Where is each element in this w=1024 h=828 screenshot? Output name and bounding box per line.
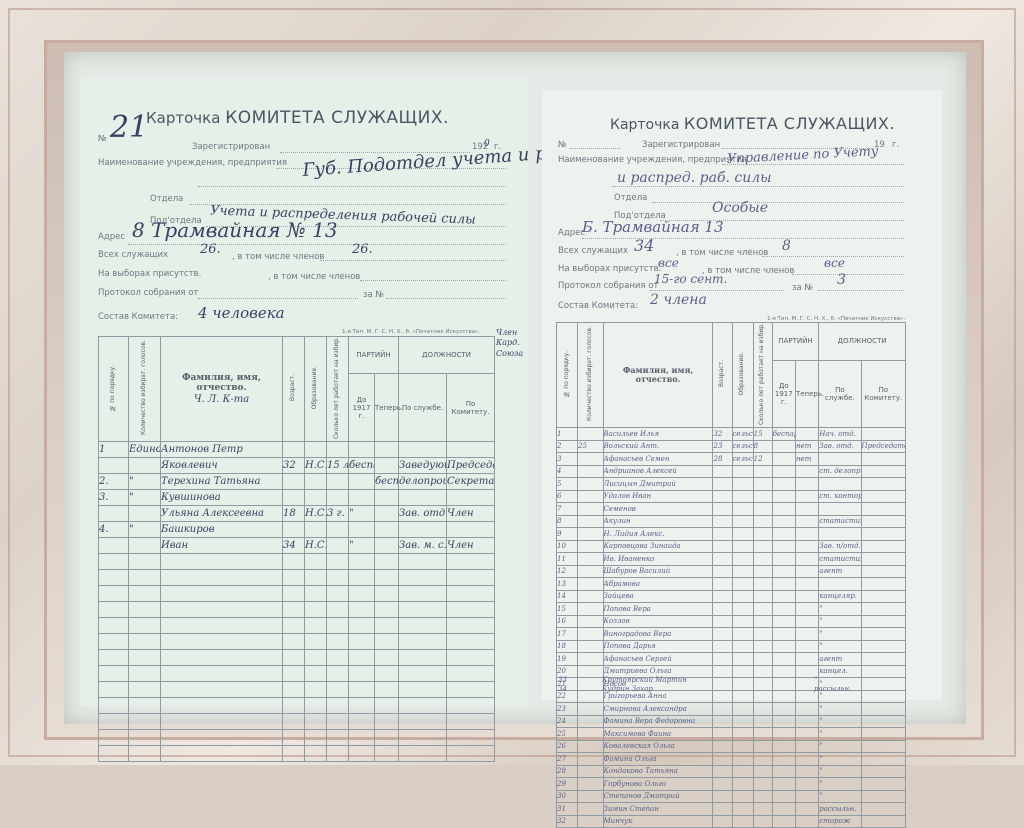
cell-years	[753, 753, 772, 765]
cell-service: "	[819, 615, 861, 628]
table-row: 4Андрианов Алексейст. делопр.	[557, 465, 906, 478]
cell-years	[753, 740, 772, 753]
present-members-line	[792, 274, 904, 275]
cell-service	[819, 578, 861, 591]
cell-committee	[861, 528, 905, 541]
cell-service: агент	[819, 653, 861, 666]
cell-before	[772, 740, 795, 753]
table-row-empty	[99, 730, 495, 746]
cell-age	[283, 522, 305, 538]
cell-age	[283, 474, 305, 490]
table-row: 7Семенов	[557, 503, 906, 516]
protocol-no-line	[386, 298, 506, 299]
cell-now	[375, 506, 399, 522]
cell-votes	[578, 603, 603, 616]
members-table: № по порядку. Количество избират. голосо…	[556, 322, 906, 765]
registered-label: Зарегистрирован	[642, 140, 720, 150]
cell-years	[753, 503, 772, 516]
cell-committee	[861, 565, 905, 578]
cell-years	[753, 578, 772, 591]
cell-name: Антонов Петр	[161, 442, 283, 458]
cell-years	[753, 478, 772, 491]
present-members-line	[360, 280, 506, 281]
title-prefix: Карточка	[610, 117, 679, 133]
cell-votes	[129, 458, 161, 474]
cell-now	[795, 590, 818, 603]
members-table: № по порядку. Количество избират. голосо…	[98, 336, 495, 762]
table-row-empty	[99, 698, 495, 714]
cell-committee	[861, 453, 905, 466]
cell-service: "	[819, 703, 861, 716]
cell-votes: Единогл.	[129, 442, 161, 458]
cell-edu	[732, 528, 753, 541]
cell-years	[753, 640, 772, 653]
present-value: все	[658, 256, 679, 270]
cell-years	[753, 553, 772, 566]
cell-before	[772, 503, 795, 516]
cell-name: Семенов	[603, 503, 713, 516]
committee-card-left: Карточка КОМИТЕТА СЛУЖАЩИХ. № 21 Зарегис…	[80, 78, 528, 706]
table-row: 2."Терехина Татьянабеспарт.делопроизв.Се…	[99, 474, 495, 490]
institution-value-line2: и распред. раб. силы	[617, 170, 772, 186]
cell-years	[327, 522, 349, 538]
year-suffix: г.	[892, 140, 899, 150]
table-row: 26Ковалевская Ольга"	[557, 740, 906, 753]
cell-edu	[732, 653, 753, 666]
cell-age	[713, 715, 732, 728]
cell-age	[713, 565, 732, 578]
cell-votes	[578, 503, 603, 516]
table-row: 27Фомина Ольга"	[557, 753, 906, 765]
cell-now	[795, 728, 818, 741]
cell-no: 9	[557, 528, 578, 541]
col-age: Возраст.	[713, 323, 732, 428]
cell-name: Башкиров	[161, 522, 283, 538]
cell-service	[399, 490, 447, 506]
cell-before	[349, 522, 375, 538]
cell-service	[819, 453, 861, 466]
cell-no: 10	[557, 540, 578, 553]
cell-edu	[732, 465, 753, 478]
cell-name: Ковалевская Ольга	[603, 740, 713, 753]
cell-edu	[305, 442, 327, 458]
cell-edu: Н.С.	[305, 458, 327, 474]
cell-now	[795, 715, 818, 728]
cell-before	[772, 590, 795, 603]
cell-service: делопроизв.	[399, 474, 447, 490]
cell-edu	[305, 474, 327, 490]
table-row-empty	[99, 618, 495, 634]
col-education: Образование.	[305, 337, 327, 442]
cell-name: Попова Вера	[603, 603, 713, 616]
col-pos-service: По службе.	[399, 374, 447, 442]
cell-votes	[129, 538, 161, 554]
col-party: ПАРТИЙН	[349, 337, 399, 374]
col-positions: ДОЛЖНОСТИ	[399, 337, 495, 374]
cell-before	[349, 442, 375, 458]
cell-votes	[578, 528, 603, 541]
table-row: 18Попова Дарья"	[557, 640, 906, 653]
cell-now: нет	[795, 440, 818, 453]
cell-years	[327, 442, 349, 458]
cell-service: Зав. п/отд.	[819, 540, 861, 553]
cell-no	[99, 538, 129, 554]
cell-age	[713, 465, 732, 478]
cell-committee: Председатель	[861, 440, 905, 453]
cell-edu: сельск.	[732, 428, 753, 441]
cell-votes	[578, 640, 603, 653]
cell-votes	[578, 590, 603, 603]
cell-before: беспартийн	[772, 428, 795, 441]
cell-age	[713, 490, 732, 503]
cell-service	[819, 503, 861, 516]
cell-name: Васильев Илья	[603, 428, 713, 441]
cell-years: 8	[753, 440, 772, 453]
present-label: На выборах присутств.	[98, 269, 201, 279]
cell-name: Акулин	[603, 515, 713, 528]
cell-no: 25	[557, 728, 578, 741]
cell-now	[375, 538, 399, 554]
cell-committee	[861, 653, 905, 666]
col-years-worked: Сколько лет работает на избир.	[753, 323, 772, 428]
cell-before	[772, 653, 795, 666]
cell-committee	[861, 465, 905, 478]
committee-value: 2 члена	[650, 292, 707, 308]
cell-committee	[447, 442, 495, 458]
cell-years: 15 л.	[327, 458, 349, 474]
cell-committee	[861, 753, 905, 765]
cell-no: 27	[557, 753, 578, 765]
cell-no: 16	[557, 615, 578, 628]
cell-before	[772, 478, 795, 491]
cell-votes: "	[129, 490, 161, 506]
table-row: 3."Кувшинова	[99, 490, 495, 506]
cell-service: Нач. отд.	[819, 428, 861, 441]
table-row: 14Зайцеваканцеляр.	[557, 590, 906, 603]
cell-votes: "	[129, 474, 161, 490]
cell-age	[713, 728, 732, 741]
cell-no: 3	[557, 453, 578, 466]
cell-now	[795, 490, 818, 503]
address-label: Адрес	[98, 232, 125, 242]
cell-no: 4.	[99, 522, 129, 538]
cell-before	[772, 578, 795, 591]
cell-before	[772, 753, 795, 765]
table-row-empty	[99, 650, 495, 666]
cell-name: Афанасьев Семен	[603, 453, 713, 466]
cell-votes	[578, 540, 603, 553]
cell-edu	[305, 522, 327, 538]
cell-age	[713, 540, 732, 553]
cell-votes	[578, 428, 603, 441]
institution-label: Наименование учреждения, предприятия	[98, 158, 287, 168]
subdepartment-value: Особые	[712, 200, 768, 216]
protocol-no-label: за №	[363, 290, 384, 300]
cell-age: 23	[713, 440, 732, 453]
table-row: 16Козлов"	[557, 615, 906, 628]
table-row: 23Смирнова Александра"	[557, 703, 906, 716]
cell-committee	[447, 490, 495, 506]
title-main: КОМИТЕТА СЛУЖАЩИХ.	[225, 108, 449, 128]
col-age: Возраст.	[283, 337, 305, 442]
cell-now	[795, 515, 818, 528]
cell-name: Иван	[161, 538, 283, 554]
cell-no: 8	[557, 515, 578, 528]
cell-service: статистик	[819, 553, 861, 566]
cell-years	[753, 615, 772, 628]
cell-no: 26	[557, 740, 578, 753]
cell-no: 19	[557, 653, 578, 666]
cell-committee	[861, 590, 905, 603]
cell-before	[349, 490, 375, 506]
cell-votes	[578, 565, 603, 578]
cell-years	[753, 540, 772, 553]
cell-age: 32	[713, 428, 732, 441]
col-education: Образование.	[732, 323, 753, 428]
cell-edu	[732, 753, 753, 765]
members-table-body: 1Единогл.Антонов ПетрЯковлевич32Н.С.15 л…	[99, 442, 495, 762]
table-row-empty	[99, 714, 495, 730]
cell-years	[753, 728, 772, 741]
cell-now	[375, 490, 399, 506]
cell-now	[795, 628, 818, 641]
cell-age	[713, 740, 732, 753]
cell-age	[713, 640, 732, 653]
cell-committee	[861, 740, 905, 753]
cell-no: 24	[557, 715, 578, 728]
cell-committee	[861, 615, 905, 628]
cell-committee	[861, 428, 905, 441]
cell-edu	[732, 615, 753, 628]
cell-committee	[861, 703, 905, 716]
table-row: 1Васильев Илья32сельск.15беспартийнНач. …	[557, 428, 906, 441]
cell-committee: Секретарь	[447, 474, 495, 490]
table-row: 10Карповцова ЗинаидаЗав. п/отд.	[557, 540, 906, 553]
cell-no: 6	[557, 490, 578, 503]
col-name-note: Ч. Л. К-та	[161, 394, 282, 406]
overflow-row: 33Крутоярский Мартин"	[556, 676, 906, 685]
members-label: , в том числе членов	[676, 248, 768, 258]
cell-no: 5	[557, 478, 578, 491]
col-party-before: До 1917 г.	[772, 361, 795, 428]
side-note: Член Кард. Союза	[496, 328, 530, 359]
cell-before	[772, 565, 795, 578]
cell-service: Заведующий	[399, 458, 447, 474]
card-title: Карточка КОМИТЕТА СЛУЖАЩИХ.	[610, 114, 895, 133]
cell-age	[713, 515, 732, 528]
cell-before	[772, 728, 795, 741]
cell-no: 2	[557, 440, 578, 453]
col-no: № по порядку.	[557, 323, 578, 428]
cell-age: 34	[283, 538, 305, 554]
cell-votes	[578, 553, 603, 566]
cell-service: "	[819, 715, 861, 728]
col-party-now: Теперь.	[795, 361, 818, 428]
cell-name: Ульяна Алексеевна	[161, 506, 283, 522]
institution-line-2	[612, 186, 904, 187]
cell-votes: 25	[578, 440, 603, 453]
cell-now	[375, 442, 399, 458]
cell-name: Виноградова Вера	[603, 628, 713, 641]
cell-edu: сельск.	[732, 440, 753, 453]
cell-committee	[861, 540, 905, 553]
cell-service	[819, 478, 861, 491]
cell-votes: "	[129, 522, 161, 538]
cell-service: "	[819, 740, 861, 753]
cell-age	[713, 528, 732, 541]
cell-committee	[861, 503, 905, 516]
cell-service: "	[819, 728, 861, 741]
table-row: Ульяна Алексеевна18Н.С.3 г."Зав. отд.Чле…	[99, 506, 495, 522]
cell-no: 1	[557, 428, 578, 441]
cell-now	[795, 740, 818, 753]
cell-no: 4	[557, 465, 578, 478]
department-label: Отдела	[614, 193, 647, 203]
cell-now	[795, 540, 818, 553]
cell-age	[713, 753, 732, 765]
cell-service: ст. делопр.	[819, 465, 861, 478]
col-pos-committee: По Комитету.	[861, 361, 905, 428]
card-title: Карточка КОМИТЕТА СЛУЖАЩИХ.	[146, 108, 449, 128]
cell-name: Козлов	[603, 615, 713, 628]
cell-name: Зайцева	[603, 590, 713, 603]
cell-name: Вольский Ант.	[603, 440, 713, 453]
address-line	[582, 238, 904, 239]
department-label: Отдела	[150, 194, 183, 204]
cell-now	[795, 428, 818, 441]
cell-name: Афанасьев Сергей	[603, 653, 713, 666]
cell-no: 7	[557, 503, 578, 516]
number-label: №	[98, 134, 107, 144]
cell-now: беспарт.	[375, 474, 399, 490]
table-row: Иван34Н.С."Зав. м. с.Член	[99, 538, 495, 554]
number-line	[570, 148, 620, 149]
committee-value: 4 человека	[198, 304, 285, 322]
number-value: 21	[110, 110, 148, 145]
members-label: , в том числе членов	[232, 252, 324, 262]
cell-now	[795, 553, 818, 566]
cell-years	[753, 628, 772, 641]
cell-years	[753, 528, 772, 541]
cell-name: Ив. Иваненко	[603, 553, 713, 566]
col-party-before: До 1917 г.	[349, 374, 375, 442]
members-line	[320, 260, 506, 261]
cell-age: 32	[283, 458, 305, 474]
cell-age	[283, 490, 305, 506]
cell-age	[713, 653, 732, 666]
cell-no	[99, 506, 129, 522]
col-pos-committee: По Комитету.	[447, 374, 495, 442]
cell-years	[753, 715, 772, 728]
cell-now	[795, 565, 818, 578]
total-employees-label: Всех служащих	[558, 246, 628, 256]
table-row: 19Афанасьев Сергейагент	[557, 653, 906, 666]
protocol-no-value: 3	[837, 272, 846, 288]
cell-age	[713, 615, 732, 628]
cell-name: Абрамова	[603, 578, 713, 591]
cell-service: Зав. м. с.	[399, 538, 447, 554]
cell-before: беспартийн	[349, 458, 375, 474]
table-row-empty	[99, 570, 495, 586]
cell-now	[795, 640, 818, 653]
cell-years	[327, 490, 349, 506]
table-row: 225Вольский Ант.23сельск.8нетЗав. отд.Пр…	[557, 440, 906, 453]
table-row: 5Лисицын Дмитрий	[557, 478, 906, 491]
cell-committee	[861, 640, 905, 653]
cell-service: Зав. отд.	[399, 506, 447, 522]
cell-name: Терехина Татьяна	[161, 474, 283, 490]
table-row-empty	[99, 602, 495, 618]
cell-before	[772, 440, 795, 453]
cell-before: "	[349, 506, 375, 522]
cell-edu	[732, 640, 753, 653]
cell-service	[819, 528, 861, 541]
cell-no: 23	[557, 703, 578, 716]
protocol-line	[650, 290, 784, 291]
members-value: 8	[782, 238, 791, 254]
cell-edu: Н.С.	[305, 538, 327, 554]
cell-age	[713, 578, 732, 591]
cell-age: 28	[713, 453, 732, 466]
table-row-empty	[99, 586, 495, 602]
cell-name: Лисицын Дмитрий	[603, 478, 713, 491]
table-row-empty	[99, 746, 495, 762]
cell-votes	[578, 490, 603, 503]
present-label: На выборах присутств.	[558, 264, 661, 274]
cell-now	[795, 503, 818, 516]
cell-committee	[861, 490, 905, 503]
cell-before	[772, 453, 795, 466]
cell-years	[753, 465, 772, 478]
cell-edu	[732, 728, 753, 741]
col-no: № по порядку.	[99, 337, 129, 442]
cell-committee	[861, 515, 905, 528]
cell-no: 1	[99, 442, 129, 458]
cell-votes	[578, 478, 603, 491]
table-row: 4."Башкиров	[99, 522, 495, 538]
col-positions: ДОЛЖНОСТИ	[819, 323, 906, 361]
cell-now	[375, 522, 399, 538]
col-years-worked: Сколько лет работает на избир.	[327, 337, 349, 442]
cell-name: Смирнова Александра	[603, 703, 713, 716]
cell-service	[399, 522, 447, 538]
cell-no: 13	[557, 578, 578, 591]
total-employees-label: Всех служащих	[98, 250, 168, 260]
cell-name: Фомина Вера Федоровна	[603, 715, 713, 728]
cell-votes	[578, 753, 603, 765]
overflow-row: 34Кудрин Захаррассыльн.	[556, 685, 906, 694]
cell-years	[753, 490, 772, 503]
cell-before	[349, 474, 375, 490]
cell-edu	[732, 553, 753, 566]
cell-before	[772, 490, 795, 503]
protocol-label: Протокол собрания от	[98, 288, 198, 298]
cell-now	[795, 528, 818, 541]
cell-service: статистик	[819, 515, 861, 528]
cell-name: Фомина Ольга	[603, 753, 713, 765]
cell-years	[753, 590, 772, 603]
cell-no: 2.	[99, 474, 129, 490]
cell-now	[795, 753, 818, 765]
institution-label: Наименование учреждения, предприятия	[558, 155, 747, 165]
cell-committee	[447, 522, 495, 538]
cell-votes	[578, 653, 603, 666]
cell-name: Удалов Иван	[603, 490, 713, 503]
cell-no: 11	[557, 553, 578, 566]
cell-committee: Председатель	[447, 458, 495, 474]
address-line	[128, 244, 506, 245]
cell-now	[795, 703, 818, 716]
